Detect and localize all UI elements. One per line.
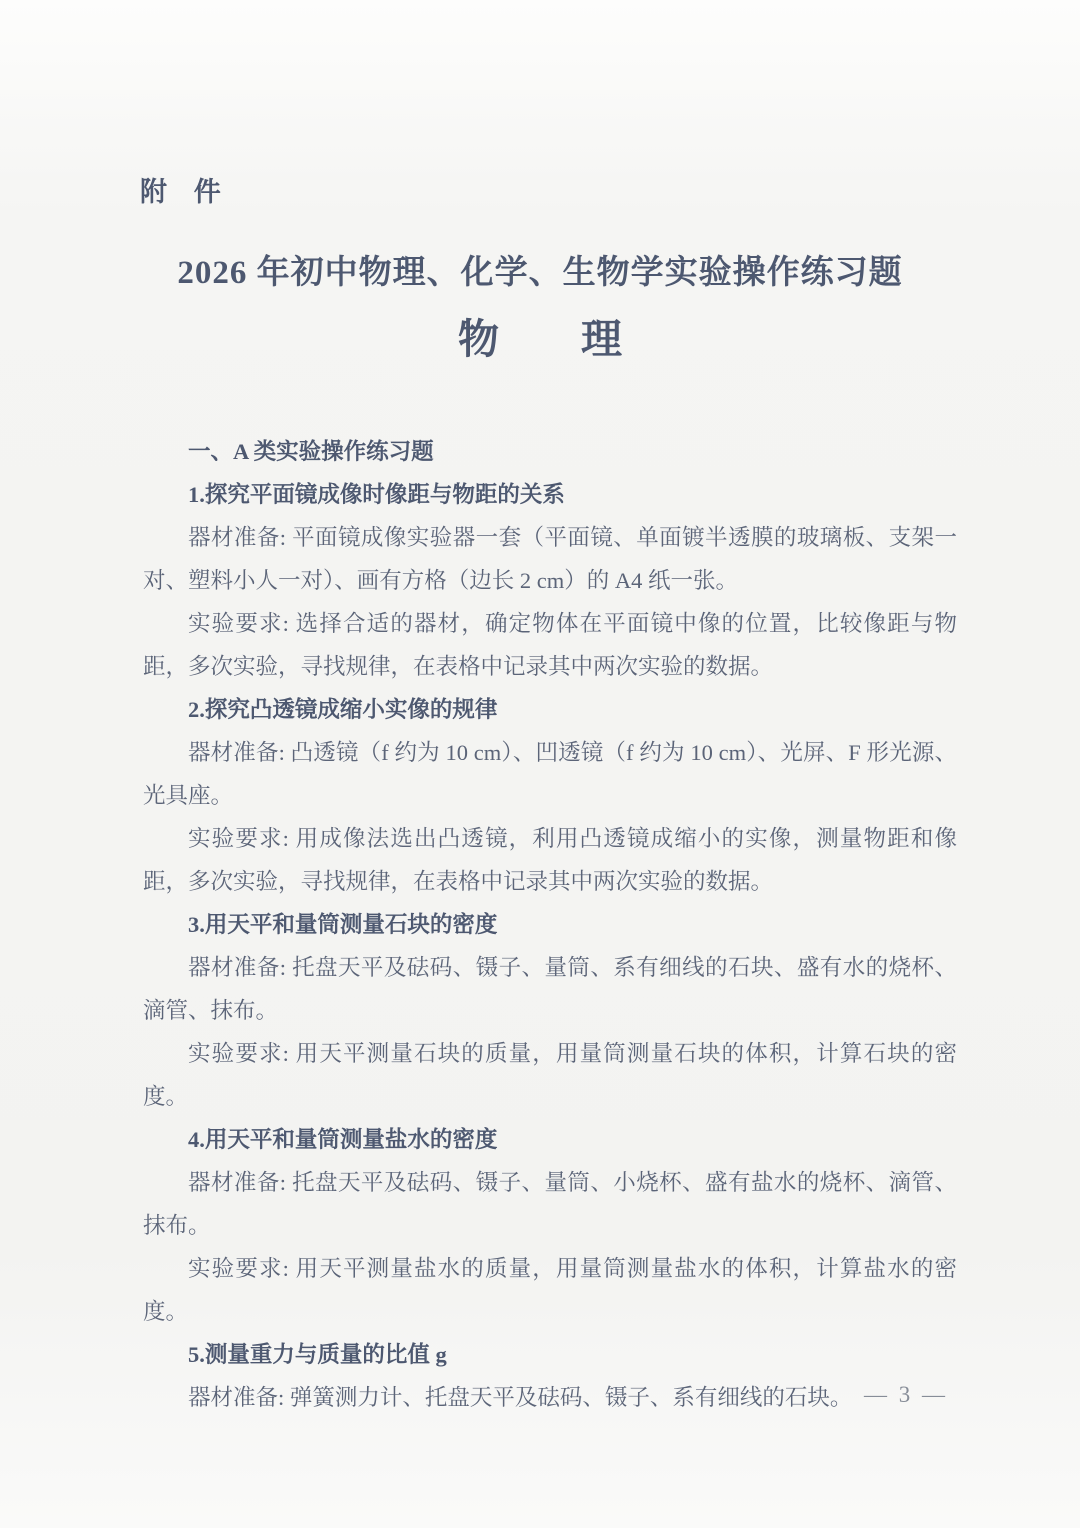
item-1-title: 1.探究平面镜成像时像距与物距的关系 [143, 473, 957, 516]
item-4-title: 4.用天平和量筒测量盐水的密度 [143, 1118, 957, 1161]
subject-title: 物 理 [0, 306, 1080, 365]
document-page: 附 件 2026 年初中物理、化学、生物学实验操作练习题 物 理 一、A 类实验… [0, 0, 1080, 1528]
item-3-requirements: 实验要求: 用天平测量石块的质量，用量筒测量石块的体积，计算石块的密度。 [143, 1032, 957, 1118]
item-3-title: 3.用天平和量筒测量石块的密度 [143, 903, 957, 946]
item-4-materials: 器材准备: 托盘天平及砝码、镊子、量筒、小烧杯、盛有盐水的烧杯、滴管、抹布。 [143, 1161, 957, 1247]
attachment-label: 附 件 [140, 170, 231, 209]
document-title: 2026 年初中物理、化学、生物学实验操作练习题 [0, 246, 1080, 293]
item-3-materials: 器材准备: 托盘天平及砝码、镊子、量筒、系有细线的石块、盛有水的烧杯、滴管、抹布… [143, 946, 957, 1032]
item-2-title: 2.探究凸透镜成缩小实像的规律 [143, 688, 957, 731]
item-5-title: 5.测量重力与质量的比值 g [143, 1333, 957, 1376]
item-2-requirements: 实验要求: 用成像法选出凸透镜，利用凸透镜成缩小的实像，测量物距和像距，多次实验… [143, 817, 957, 903]
section-heading: 一、A 类实验操作练习题 [143, 430, 957, 473]
item-1-materials: 器材准备: 平面镜成像实验器一套（平面镜、单面镀半透膜的玻璃板、支架一对、塑料小… [143, 516, 957, 602]
page-number: — 3 — [864, 1382, 948, 1408]
item-4-requirements: 实验要求: 用天平测量盐水的质量，用量筒测量盐水的体积，计算盐水的密度。 [143, 1247, 957, 1333]
item-2-materials: 器材准备: 凸透镜（f 约为 10 cm）、凹透镜（f 约为 10 cm）、光屏… [143, 731, 957, 817]
item-5-materials: 器材准备: 弹簧测力计、托盘天平及砝码、镊子、系有细线的石块。 [143, 1376, 957, 1419]
document-body: 一、A 类实验操作练习题 1.探究平面镜成像时像距与物距的关系 器材准备: 平面… [143, 430, 957, 1419]
item-1-requirements: 实验要求: 选择合适的器材，确定物体在平面镜中像的位置，比较像距与物距，多次实验… [143, 602, 957, 688]
